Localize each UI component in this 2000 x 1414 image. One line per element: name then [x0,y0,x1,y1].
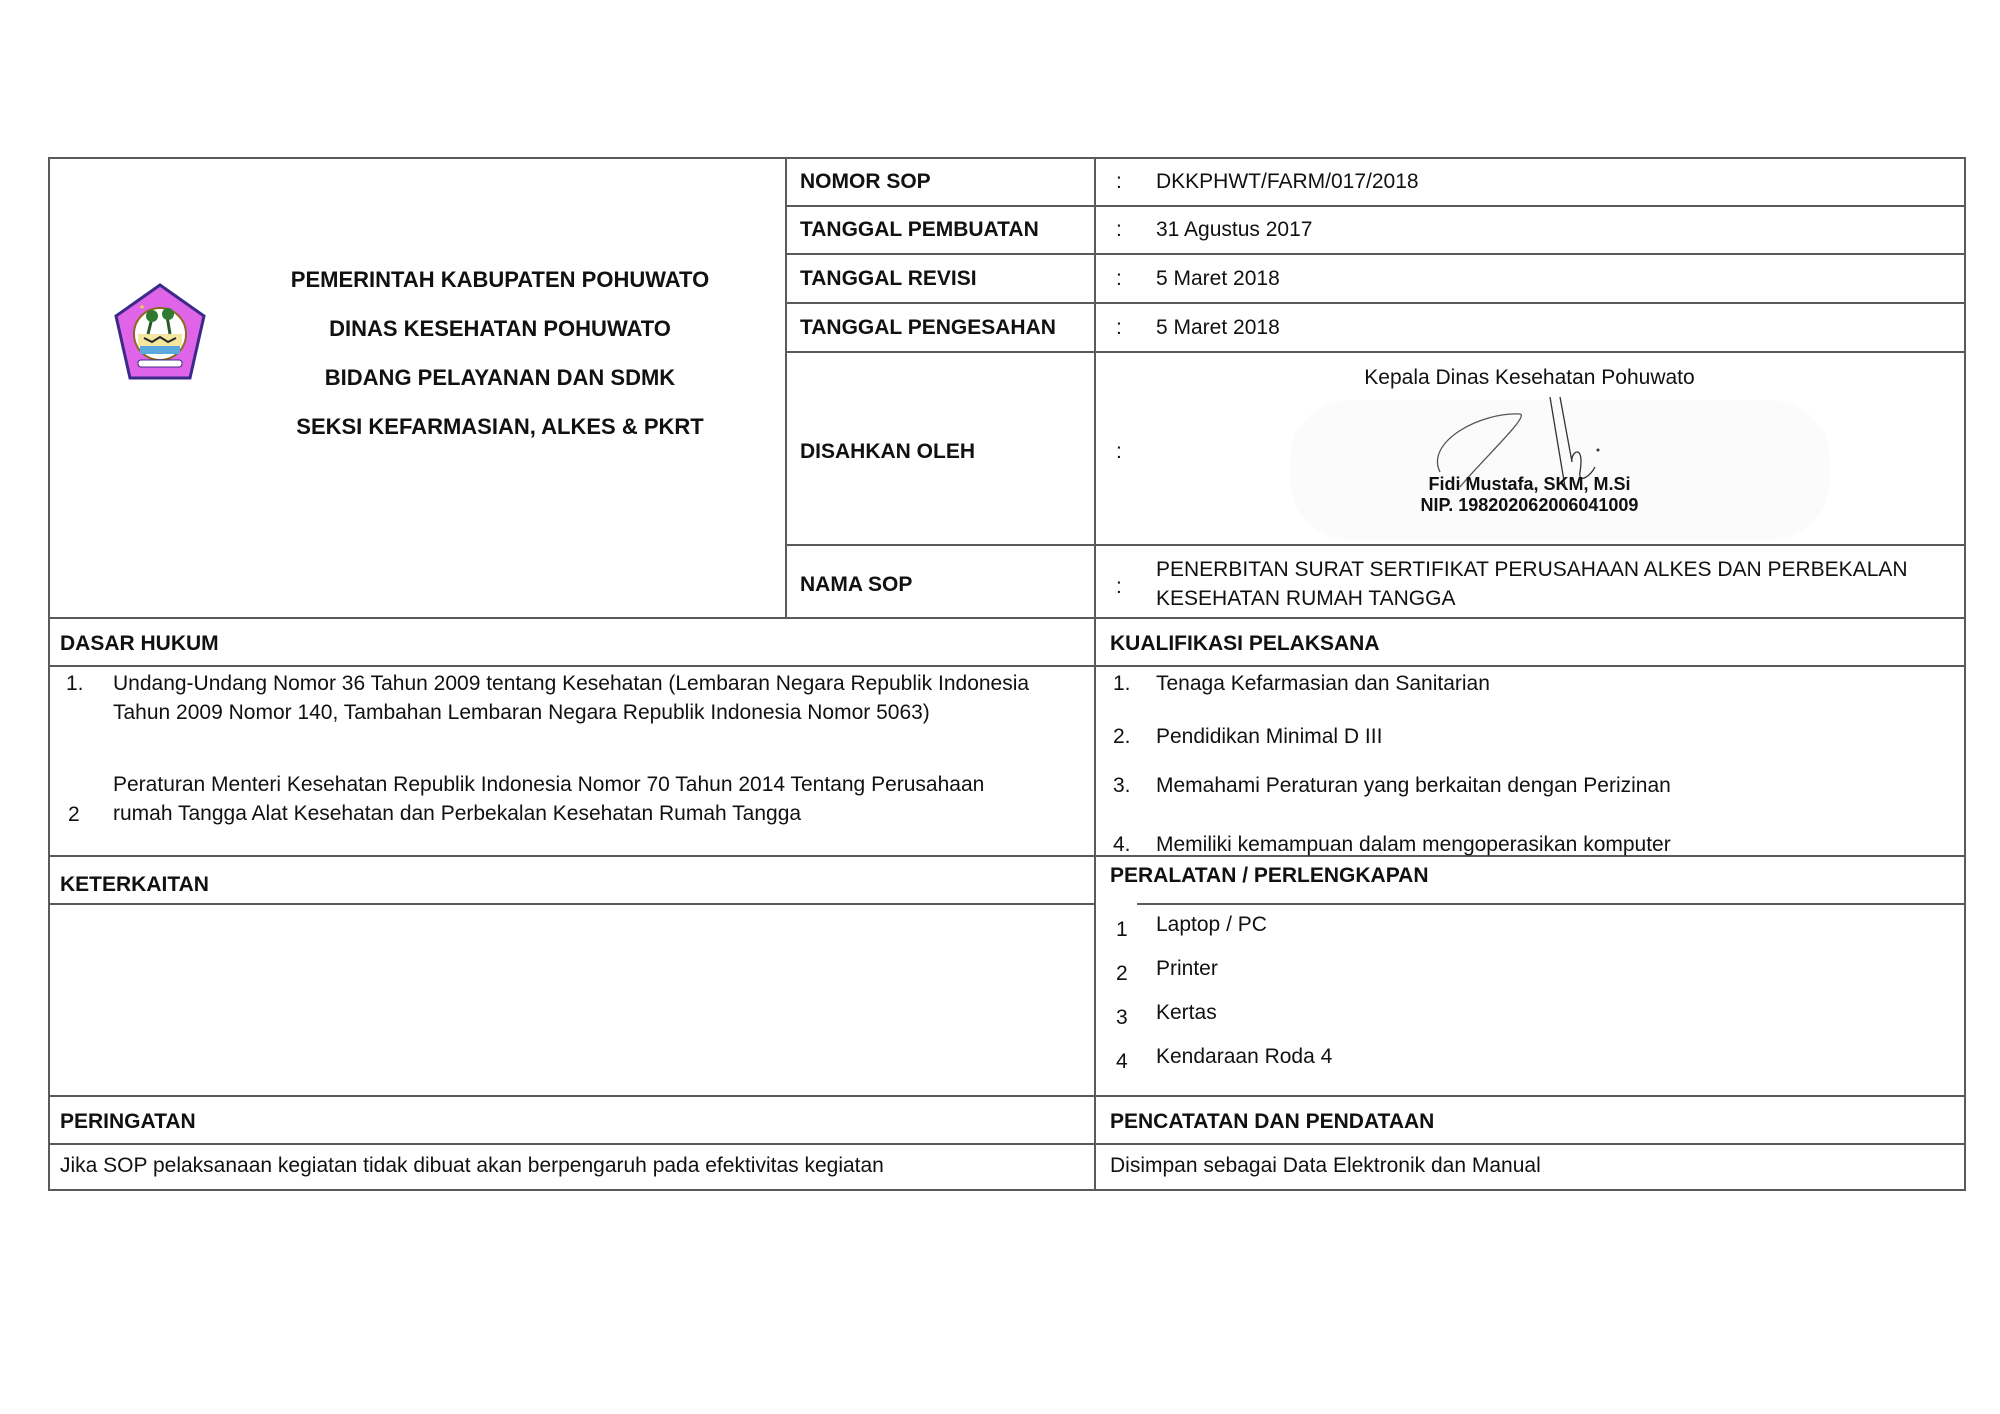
divider [785,205,1966,207]
approver-nip: NIP. 198202062006041009 [1094,494,1965,516]
dasar-hukum-title: DASAR HUKUM [60,630,219,658]
divider [785,351,1966,353]
divider [1137,903,1966,905]
peralatan-item-3: Kertas [1156,999,1217,1027]
label-tanggal-revisi: TANGGAL REVISI [800,265,977,293]
kualifikasi-item-4: Memiliki kemampuan dalam mengoperasikan … [1156,831,1671,859]
dasar-hukum-1-line-2: Tahun 2009 Nomor 140, Tambahan Lembaran … [113,699,930,727]
divider [48,617,1966,619]
nama-sop-line-2: KESEHATAN RUMAH TANGGA [1156,585,1456,613]
dasar-hukum-2-line-1: Peraturan Menteri Kesehatan Republik Ind… [113,771,984,799]
kualifikasi-item-3: Memahami Peraturan yang berkaitan dengan… [1156,772,1671,800]
peralatan-title: PERALATAN / PERLENGKAPAN [1110,862,1429,890]
approver-name: Fidi Mustafa, SKM, M.Si [1094,473,1965,495]
peringatan-title: PERINGATAN [60,1108,196,1136]
label-tanggal-pengesahan: TANGGAL PENGESAHAN [800,314,1056,342]
value-tanggal-pembuatan: 31 Agustus 2017 [1156,216,1312,244]
peralatan-num-1: 1 [1116,916,1128,944]
label-disahkan-oleh: DISAHKAN OLEH [800,438,975,466]
divider [48,1095,1966,1097]
table-border-left [48,157,50,1191]
org-line-2: DINAS KESEHATAN POHUWATO [240,316,760,342]
separator: : [1116,573,1122,601]
kualifikasi-item-2: Pendidikan Minimal D III [1156,723,1382,751]
kualifikasi-item-1: Tenaga Kefarmasian dan Sanitarian [1156,670,1490,698]
table-border-right [1964,157,1966,1191]
nama-sop-line-1: PENERBITAN SURAT SERTIFIKAT PERUSAHAAN A… [1156,556,1908,584]
kualifikasi-num-4: 4. [1113,831,1131,859]
value-tanggal-revisi: 5 Maret 2018 [1156,265,1280,293]
label-nomor-sop: NOMOR SOP [800,168,931,196]
org-line-4: SEKSI KEFARMASIAN, ALKES & PKRT [240,414,760,440]
value-nomor-sop: DKKPHWT/FARM/017/2018 [1156,168,1419,196]
separator: : [1116,314,1122,342]
peralatan-item-4: Kendaraan Roda 4 [1156,1043,1332,1071]
value-tanggal-pengesahan: 5 Maret 2018 [1156,314,1280,342]
label-nama-sop: NAMA SOP [800,571,912,599]
pencatatan-text: Disimpan sebagai Data Elektronik dan Man… [1110,1152,1541,1180]
separator: : [1116,216,1122,244]
divider [785,302,1966,304]
divider [785,253,1966,255]
kualifikasi-title: KUALIFIKASI PELAKSANA [1110,630,1380,658]
peringatan-text: Jika SOP pelaksanaan kegiatan tidak dibu… [60,1152,884,1180]
separator: : [1116,265,1122,293]
peralatan-num-2: 2 [1116,960,1128,988]
kualifikasi-num-2: 2. [1113,723,1131,751]
peralatan-num-3: 3 [1116,1004,1128,1032]
kualifikasi-num-1: 1. [1113,670,1131,698]
separator: : [1116,438,1122,466]
kualifikasi-num-3: 3. [1113,772,1131,800]
peralatan-num-4: 4 [1116,1048,1128,1076]
divider [48,855,1966,857]
keterkaitan-title: KETERKAITAN [60,871,209,899]
dasar-hukum-num-2: 2 [68,801,80,829]
divider [48,903,1094,905]
divider [48,665,1966,667]
divider [785,157,787,618]
kabupaten-pohuwato-emblem-icon [112,282,208,382]
divider [1094,157,1096,1191]
table-border-bottom [48,1189,1966,1191]
dasar-hukum-num-1: 1. [66,670,84,698]
approver-title: Kepala Dinas Kesehatan Pohuwato [1094,364,1965,392]
separator: : [1116,168,1122,196]
org-line-3: BIDANG PELAYANAN DAN SDMK [240,365,760,391]
dasar-hukum-2-line-2: rumah Tangga Alat Kesehatan dan Perbekal… [113,800,801,828]
table-border-top [48,157,1966,159]
org-line-1: PEMERINTAH KABUPATEN POHUWATO [240,267,760,293]
divider [48,1143,1966,1145]
divider [785,544,1966,546]
peralatan-item-1: Laptop / PC [1156,911,1267,939]
label-tanggal-pembuatan: TANGGAL PEMBUATAN [800,216,1039,244]
dasar-hukum-1-line-1: Undang-Undang Nomor 36 Tahun 2009 tentan… [113,670,1029,698]
peralatan-item-2: Printer [1156,955,1218,983]
pencatatan-title: PENCATATAN DAN PENDATAAN [1110,1108,1434,1136]
